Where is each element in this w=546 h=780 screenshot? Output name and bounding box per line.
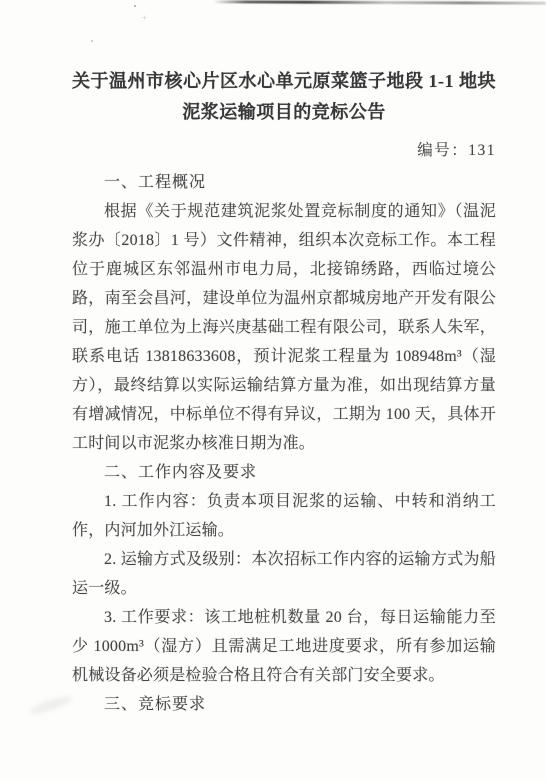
section-heading-bidding-requirements: 三、竞标要求: [72, 690, 496, 719]
paragraph-project-overview: 根据《关于规范建筑泥浆处置竞标制度的通知》（温泥浆办〔2018〕1 号）文件精神…: [72, 197, 496, 458]
paragraph-work-content-item-2: 2. 运输方式及级别：本次招标工作内容的运输方式为船运一级。: [72, 545, 496, 603]
document-title-line-2: 泥浆运输项目的竞标公告: [72, 97, 496, 128]
announcement-document: 关于温州市核心片区水心单元原菜篮子地段 1-1 地块 泥浆运输项目的竞标公告 编…: [72, 66, 496, 719]
scan-smudge: [28, 693, 75, 717]
scanned-document-page: + 关于温州市核心片区水心单元原菜篮子地段 1-1 地块 泥浆运输项目的竞标公告…: [0, 0, 546, 780]
scan-artifact-streak: [213, 0, 546, 4]
scan-speck: +: [142, 14, 147, 23]
scan-speck: [134, 5, 136, 7]
paragraph-work-content-item-1: 1. 工作内容：负责本项目泥浆的运输、中转和消纳工作，内河加外江运输。: [72, 487, 496, 545]
document-title-line-1: 关于温州市核心片区水心单元原菜篮子地段 1-1 地块: [72, 66, 496, 97]
section-heading-project-overview: 一、工程概况: [72, 168, 496, 197]
document-number: 编号：131: [72, 139, 496, 163]
section-heading-work-content: 二、工作内容及要求: [72, 458, 496, 487]
scan-speck: [91, 40, 93, 42]
paragraph-work-content-item-3: 3. 工作要求：该工地桩机数量 20 台，每日运输能力至少 1000m³（湿方）…: [72, 603, 496, 690]
document-title: 关于温州市核心片区水心单元原菜篮子地段 1-1 地块 泥浆运输项目的竞标公告: [72, 66, 496, 128]
document-body: 一、工程概况 根据《关于规范建筑泥浆处置竞标制度的通知》（温泥浆办〔2018〕1…: [72, 168, 496, 719]
